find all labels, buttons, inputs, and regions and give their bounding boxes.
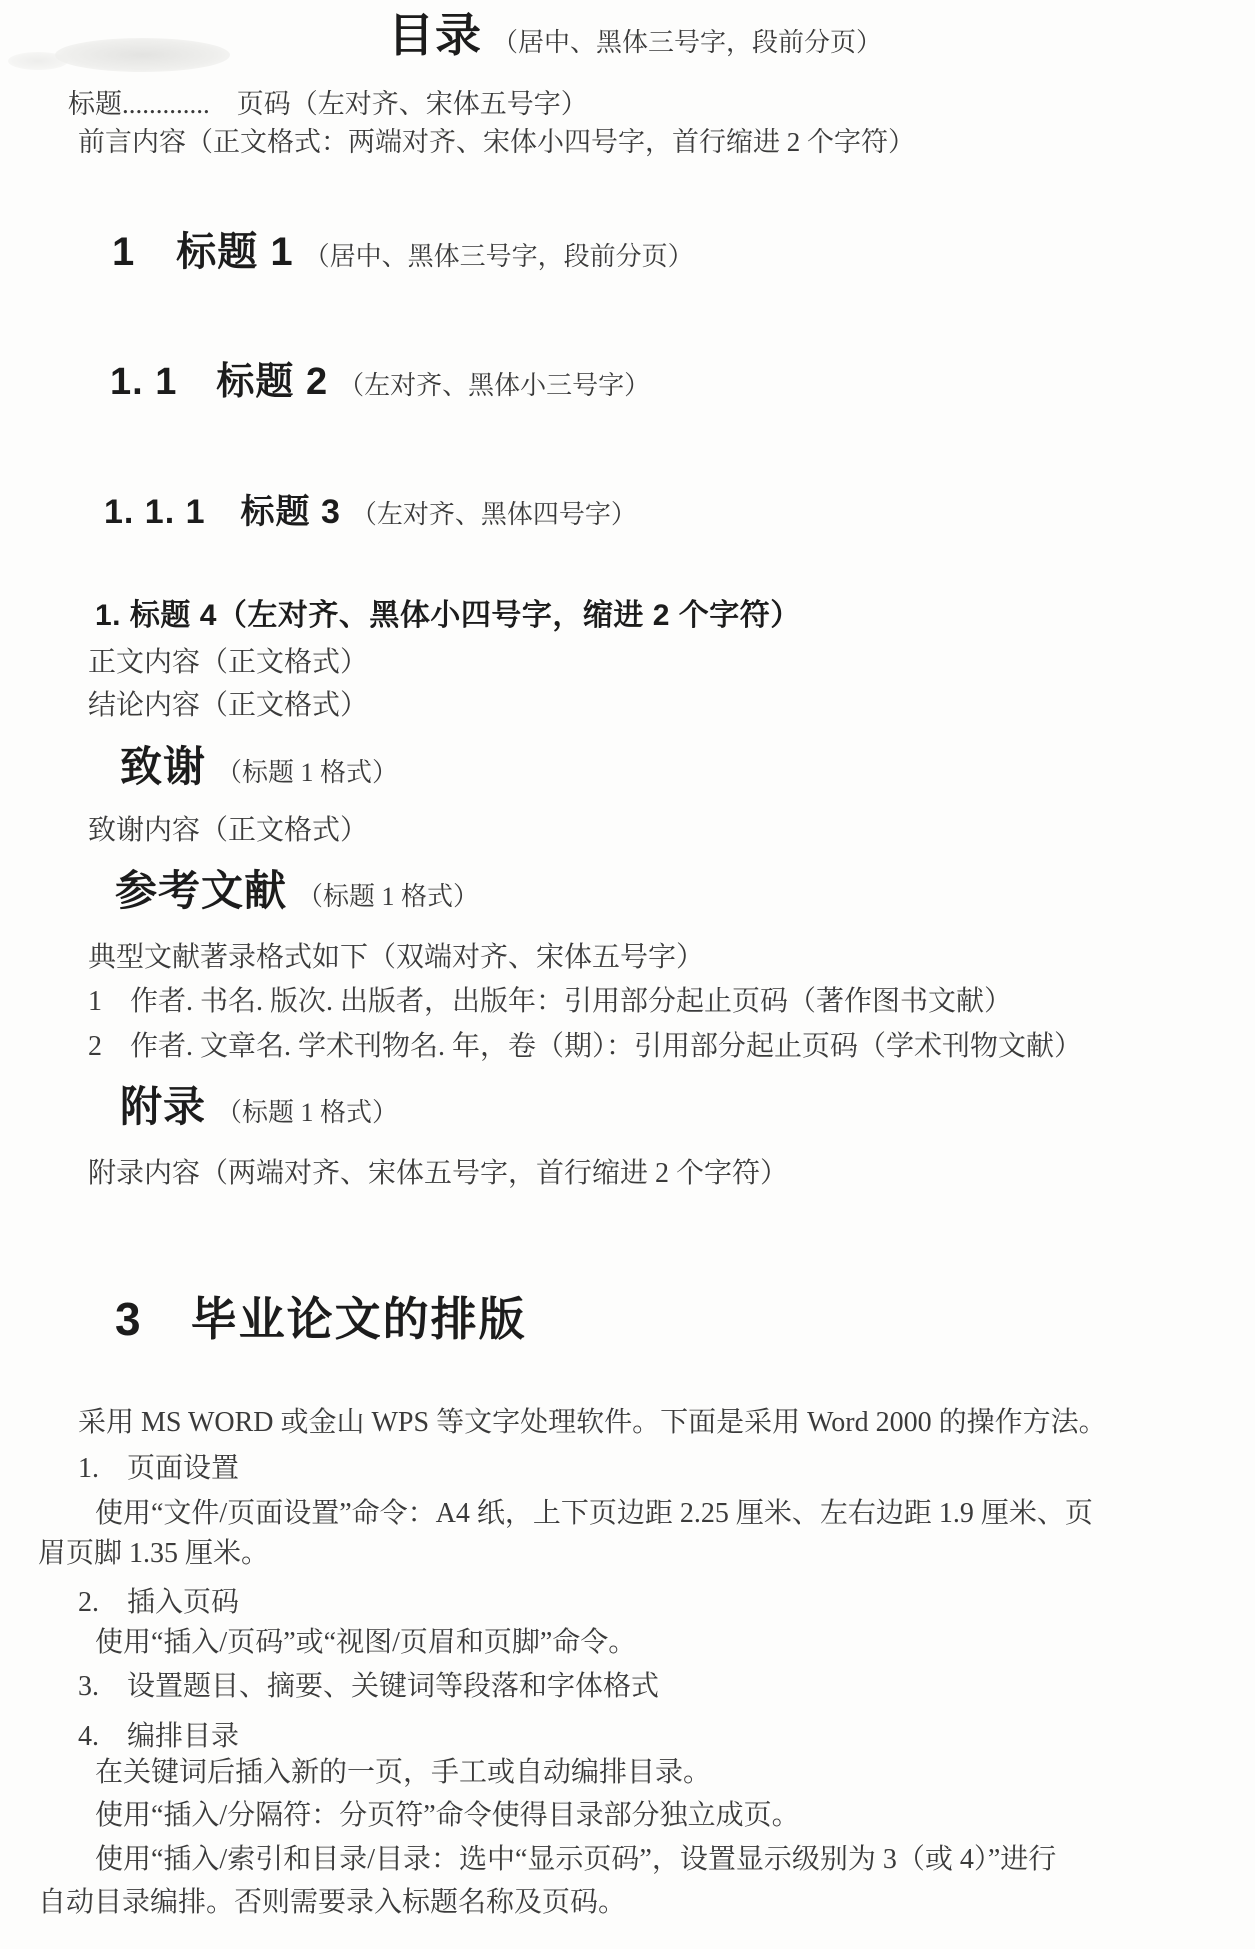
references-heading-text: 参考文献 (115, 867, 287, 914)
acknowledgement-body-line: 致谢内容（正文格式） (88, 814, 368, 848)
heading-3-text: 1. 1. 1 标题 3 (104, 493, 341, 531)
step-4-detail-line: 使用“插入/分隔符：分页符”命令使得目录部分独立成页。 (95, 1799, 800, 1833)
step-2-label: 2. 插入页码 (78, 1586, 239, 1620)
conclusion-line: 结论内容（正文格式） (88, 689, 368, 723)
toc-entry-line: 标题............. 页码（左对齐、宋体五号字） (68, 88, 588, 120)
scan-artifact (8, 52, 68, 70)
chapter-3-intro-line: 采用 MS WORD 或金山 WPS 等文字处理软件。下面是采用 Word 20… (78, 1406, 1107, 1440)
heading-1: 1 标题 1（居中、黑体三号字，段前分页） (112, 228, 694, 276)
scan-artifact (55, 38, 230, 72)
heading-2-note: （左对齐、黑体小三号字） (338, 371, 650, 400)
step-1-label: 1. 页面设置 (78, 1452, 239, 1486)
references-heading-note: （标题 1 格式） (297, 882, 479, 911)
heading-2: 1. 1 标题 2（左对齐、黑体小三号字） (110, 360, 650, 406)
heading-3: 1. 1. 1 标题 3（左对齐、黑体四号字） (104, 492, 637, 533)
toc-heading: 目录（居中、黑体三号字，段前分页） (388, 8, 882, 63)
references-heading: 参考文献（标题 1 格式） (115, 866, 479, 916)
toc-heading-text: 目录 (388, 9, 482, 61)
chapter-3-heading: 3 毕业论文的排版 (115, 1292, 527, 1347)
foreword-line: 前言内容（正文格式：两端对齐、宋体小四号字，首行缩进 2 个字符） (78, 126, 915, 158)
step-4-detail-line: 在关键词后插入新的一页，手工或自动编排目录。 (95, 1756, 711, 1790)
step-4-detail-line: 自动目录编排。否则需要录入标题名称及页码。 (38, 1886, 626, 1920)
step-4-detail-line: 使用“插入/索引和目录/目录：选中“显示页码”，设置显示级别为 3（或 4）”进… (95, 1843, 1056, 1877)
heading-3-note: （左对齐、黑体四号字） (351, 500, 637, 529)
reference-item: 2 作者. 文章名. 学术刊物名. 年，卷（期）：引用部分起止页码（学术刊物文献… (88, 1030, 1082, 1064)
heading-1-note: （居中、黑体三号字，段前分页） (304, 242, 694, 271)
step-1-detail-line: 眉页脚 1.35 厘米。 (38, 1537, 269, 1571)
acknowledgement-heading-note: （标题 1 格式） (216, 758, 398, 787)
body-content-line: 正文内容（正文格式） (88, 646, 368, 680)
step-3-label: 3. 设置题目、摘要、关键词等段落和字体格式 (78, 1670, 659, 1704)
heading-2-text: 1. 1 标题 2 (110, 361, 328, 403)
step-4-label: 4. 编排目录 (78, 1720, 239, 1754)
references-intro-line: 典型文献著录格式如下（双端对齐、宋体五号字） (88, 941, 704, 975)
heading-4: 1. 标题 4（左对齐、黑体小四号字，缩进 2 个字符） (95, 598, 801, 634)
scanned-document-page: 目录（居中、黑体三号字，段前分页） 标题............. 页码（左对齐… (0, 0, 1255, 1949)
acknowledgement-heading: 致谢（标题 1 格式） (120, 742, 398, 792)
toc-heading-note: （居中、黑体三号字，段前分页） (492, 28, 882, 57)
step-2-detail-line: 使用“插入/页码”或“视图/页眉和页脚”命令。 (95, 1626, 636, 1660)
appendix-heading-text: 附录 (120, 1083, 206, 1130)
appendix-body-line: 附录内容（两端对齐、宋体五号字，首行缩进 2 个字符） (88, 1157, 788, 1191)
heading-1-text: 1 标题 1 (112, 230, 294, 274)
step-1-detail-line: 使用“文件/页面设置”命令：A4 纸，上下页边距 2.25 厘米、左右边距 1.… (95, 1497, 1093, 1531)
reference-item: 1 作者. 书名. 版次. 出版者，出版年：引用部分起止页码（著作图书文献） (88, 985, 1012, 1019)
appendix-heading: 附录（标题 1 格式） (120, 1082, 398, 1132)
appendix-heading-note: （标题 1 格式） (216, 1098, 398, 1127)
acknowledgement-heading-text: 致谢 (120, 743, 206, 790)
